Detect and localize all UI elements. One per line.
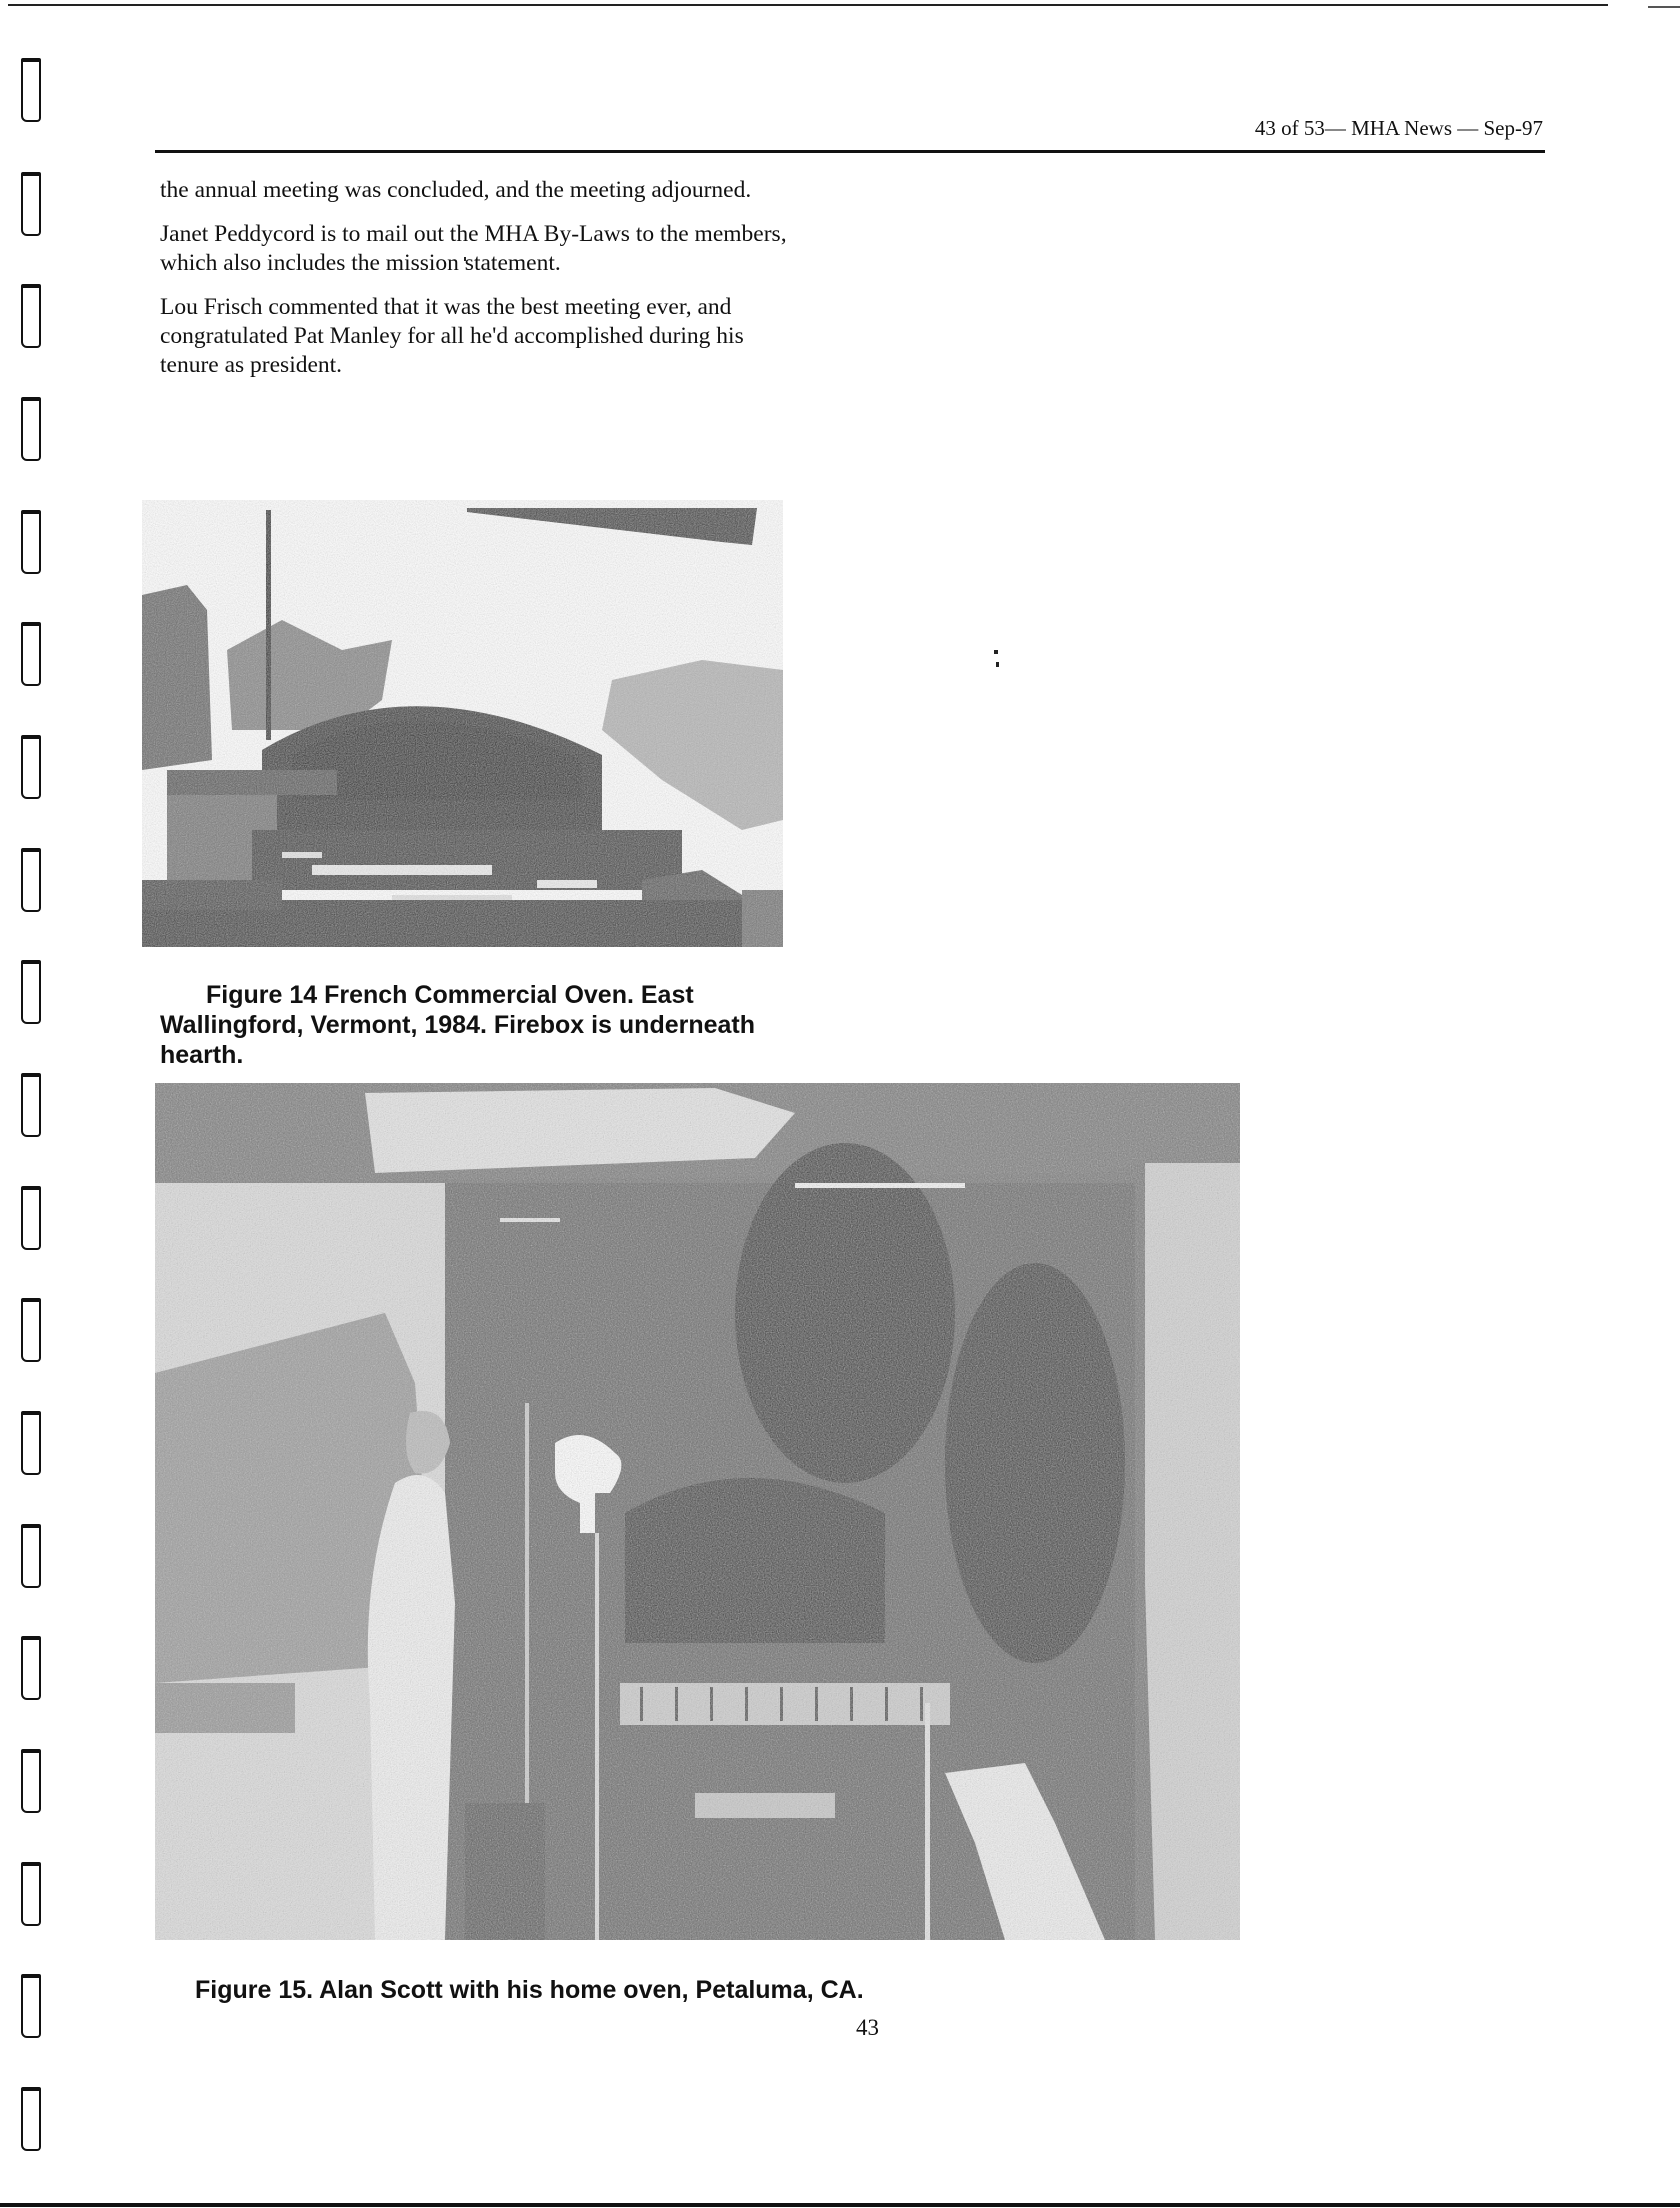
figure-14-caption: Figure 14 French Commercial Oven. East W… xyxy=(160,980,760,1070)
binder-hole xyxy=(21,1862,41,1926)
figure-15-photo xyxy=(155,1083,1240,1940)
binder-hole xyxy=(21,1524,41,1588)
binder-holes xyxy=(0,0,60,2208)
binder-hole xyxy=(21,1749,41,1813)
binder-hole xyxy=(21,397,41,461)
binder-hole xyxy=(21,2087,41,2151)
scan-edge-bottom xyxy=(0,2203,1680,2207)
binder-hole xyxy=(21,960,41,1024)
paragraph: the annual meeting was concluded, and th… xyxy=(160,176,800,205)
running-header: 43 of 53— MHA News — Sep-97 xyxy=(155,114,1545,153)
binder-hole xyxy=(21,1636,41,1700)
paragraph: Lou Frisch commented that it was the bes… xyxy=(160,293,800,380)
scan-speck xyxy=(464,257,466,261)
scan-edge-top-right xyxy=(1648,6,1680,8)
binder-hole xyxy=(21,1974,41,2038)
paragraph: Janet Peddycord is to mail out the MHA B… xyxy=(160,220,800,278)
binder-hole xyxy=(21,58,41,122)
binder-hole xyxy=(21,848,41,912)
header-text: 43 of 53— MHA News — Sep-97 xyxy=(1255,116,1543,141)
binder-hole xyxy=(21,1298,41,1362)
binder-hole xyxy=(21,735,41,799)
binder-hole xyxy=(21,1411,41,1475)
binder-hole xyxy=(21,510,41,574)
figure-15-caption: Figure 15. Alan Scott with his home oven… xyxy=(195,1975,1095,2005)
binder-hole xyxy=(21,172,41,236)
scan-speck xyxy=(994,650,998,654)
binder-hole xyxy=(21,1073,41,1137)
binder-hole xyxy=(21,1186,41,1250)
page-number: 43 xyxy=(856,2015,879,2041)
binder-hole xyxy=(21,622,41,686)
scan-edge-top xyxy=(8,4,1608,6)
scan-speck xyxy=(996,662,999,667)
binder-hole xyxy=(21,284,41,348)
body-text: the annual meeting was concluded, and th… xyxy=(160,176,800,395)
figure-14-photo xyxy=(142,500,783,947)
